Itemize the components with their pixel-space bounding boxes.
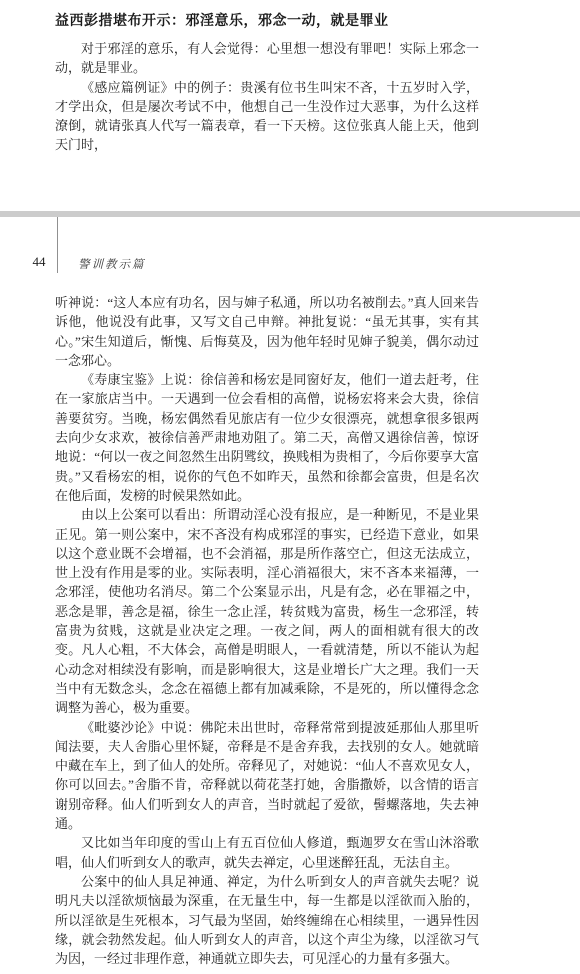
running-header: 44 警训教示篇 [0, 217, 580, 277]
paragraph: 《毗婆沙论》中说：佛陀未出世时，帝释常常到提波延那仙人那里听闻法要，夫人舍脂心里… [55, 718, 479, 834]
page-number: 44 [26, 254, 52, 270]
paragraph: 听神说：“这人本应有功名，因与婶子私通，所以功名被削去。”真人回来告诉他，他说没… [55, 293, 479, 370]
paragraph: 对于邪淫的意乐，有人会觉得：心里想一想没有罪吧！实际上邪念一动，就是罪业。 [55, 39, 479, 78]
page-previous: 益西彭措堪布开示：邪淫意乐，邪念一动，就是罪业 对于邪淫的意乐，有人会觉得：心里… [0, 0, 580, 211]
header-divider-line [57, 217, 58, 273]
page-body: 听神说：“这人本应有功名，因与婶子私通，所以功名被削去。”真人回来告诉他，他说没… [55, 293, 479, 968]
paragraph: 公案中的仙人具足神通、禅定，为什么听到女人的声音就失去呢？说明凡夫以淫欲烦恼最为… [55, 872, 479, 968]
document-viewer: 益西彭措堪布开示：邪淫意乐，邪念一动，就是罪业 对于邪淫的意乐，有人会觉得：心里… [0, 0, 580, 974]
chapter-title: 警训教示篇 [78, 256, 146, 272]
paragraph: 《感应篇例证》中的例子：贵溪有位书生叫宋不吝，十五岁时入学，才学出众，但是屡次考… [55, 78, 479, 155]
paragraph: 《寿康宝鉴》上说：徐信善和杨宏是同窗好友，他们一道去赶考，住在一家旅店当中。一天… [55, 370, 479, 505]
paragraph: 由以上公案可以看出：所谓动淫心没有报应，是一种断见，不是业果正见。第一则公案中，… [55, 505, 479, 717]
page-current: 44 警训教示篇 听神说：“这人本应有功名，因与婶子私通，所以功名被削去。”真人… [0, 217, 580, 974]
page-title: 益西彭措堪布开示：邪淫意乐，邪念一动，就是罪业 [55, 12, 479, 32]
paragraph: 又比如当年印度的雪山上有五百位仙人修道，甄迦罗女在雪山沐浴歌唱，仙人们听到女人的… [55, 833, 479, 872]
